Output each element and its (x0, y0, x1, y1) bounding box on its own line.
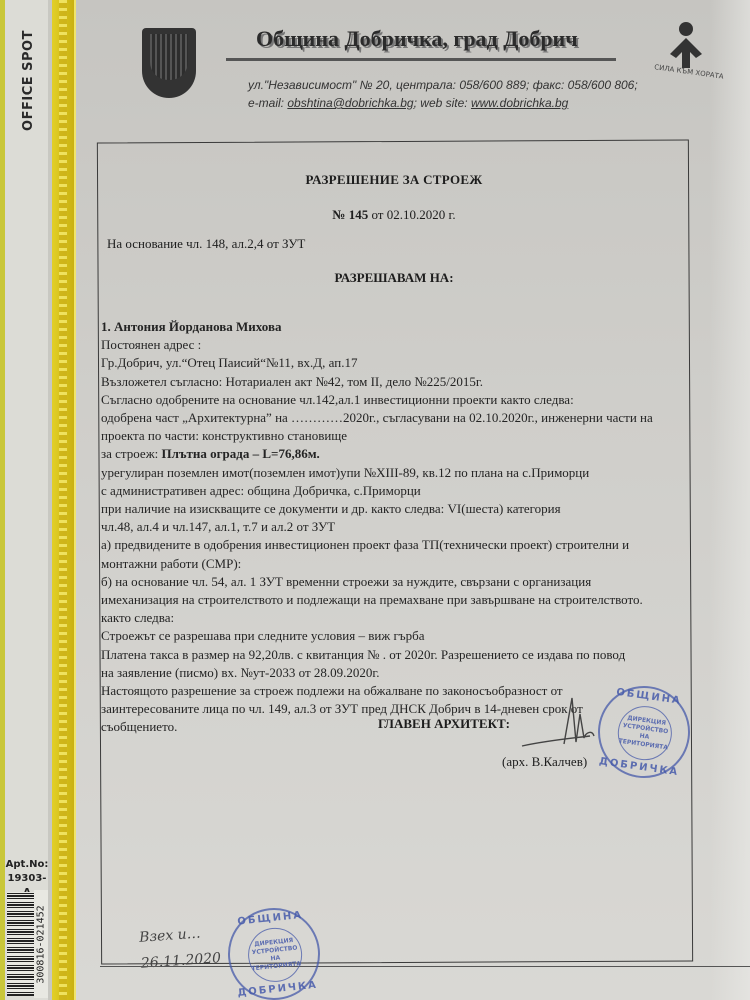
municipality-crest-icon (142, 28, 196, 98)
signatory-name: (арх. В.Калчев) (502, 754, 587, 770)
grant-heading: РАЗРЕШАВАМ НА: (99, 270, 689, 286)
body-line: чл.48, ал.4 и чл.147, ал.1, т.7 и ал.2 о… (101, 518, 721, 536)
binder-label-strip: OFFICE SPOT Apt.No: 19303-A 300816-02145… (0, 0, 52, 1000)
body-line: монтажни работи (СМР): (101, 555, 721, 573)
body-line: б) на основание чл. 54, ал. 1 ЗУТ времен… (101, 573, 721, 591)
zipper-seal (52, 0, 76, 1000)
body-line: имеханизация на строителството и подлежа… (101, 591, 721, 609)
email-link[interactable]: obshtina@dobrichka.bg (287, 96, 413, 110)
bottom-divider (100, 966, 750, 967)
body-line: 1. Антония Йорданова Михова (101, 318, 721, 336)
body-line: Гр.Добрич, ул.“Отец Паисий“№11, вх.Д, ап… (101, 354, 721, 372)
document-title: РАЗРЕШЕНИЕ ЗА СТРОЕЖ (99, 172, 689, 188)
body-line: Възложетел съгласно: Нотариален акт №42,… (101, 373, 721, 391)
handwritten-note: Взех и… 26.11.2020 (138, 919, 222, 976)
organization-name: Община Добричка, град Добрич (256, 26, 578, 52)
legal-basis: На основание чл. 148, ал.2,4 от ЗУТ (107, 236, 305, 252)
body-line: за строеж: Плътна ограда – L=76,86м. (101, 445, 721, 463)
body-line: а) предвидените в одобрения инвестиционе… (101, 536, 721, 554)
body-line: проекта по части: конструктивно становищ… (101, 427, 721, 445)
permit-body: 1. Антония Йорданова МиховаПостоянен адр… (101, 318, 721, 737)
barcode-number: 300816-021452 (34, 890, 48, 998)
body-line: урегулиран поземлен имот(поземлен имот)у… (101, 464, 721, 482)
body-line: одобрена част „Архитектурна” на …………2020… (101, 409, 721, 427)
body-line: с административен адрес: община Добричка… (101, 482, 721, 500)
signatory-title: ГЛАВЕН АРХИТЕКТ: (378, 716, 510, 732)
brand-label: OFFICE SPOT (10, 30, 46, 130)
body-line: Строежът се разрешава при следните услов… (101, 627, 721, 645)
body-line: както следва: (101, 609, 721, 627)
header-divider (226, 58, 616, 61)
body-line: Постоянен адрес : (101, 336, 721, 354)
official-stamp-icon: ОБЩИНА ДИРЕКЦИЯУСТРОЙСТВОНАТЕРИТОРИЯТА Д… (592, 680, 696, 784)
person-arrow-logo-icon: СИЛА КЪМ ХОРАТА (660, 22, 710, 82)
body-line: на заявление (писмо) вх. №ут-2033 от 28.… (101, 664, 721, 682)
permit-number: № 145 от 02.10.2020 г. (99, 207, 689, 223)
body-line: Платена такса в размер на 92,20лв. с кви… (101, 646, 721, 664)
website-link[interactable]: www.dobrichka.bg (471, 96, 568, 110)
body-line: при наличие на изискващите се документи … (101, 500, 721, 518)
body-line: Съгласно одобрените на основание чл.142,… (101, 391, 721, 409)
contact-info: ул."Независимост" № 20, централа: 058/60… (248, 76, 638, 112)
